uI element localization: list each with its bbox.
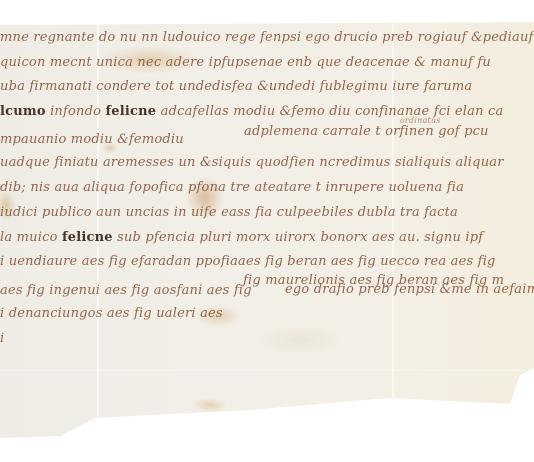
text-segment: i uendiaure aes fig efaradan ppofiaaes f… — [0, 254, 496, 269]
text-segment: sub pfencia pluri morx uirorx bonorx aes… — [113, 230, 484, 245]
text-segment: iudici publico aun uncias in uife eass f… — [0, 205, 458, 220]
text-line-7: uadque finiatu aremesses un &siquis quod… — [0, 155, 504, 170]
text-segment: mpauanio modiu &femodiu — [0, 132, 184, 147]
text-line-8: dib; nis aua aliqua fopofica pfona tre a… — [0, 180, 464, 195]
fold-crease-bottom — [0, 370, 534, 371]
text-segment: i — [0, 331, 4, 346]
text-segment: infondo — [46, 104, 106, 119]
text-segment-bold: felicne — [62, 230, 113, 245]
text-line-10: la muico felicne sub pfencia pluri morx … — [0, 230, 483, 245]
text-line-5: adplemena carrale t orfinen gof pcu — [244, 124, 489, 139]
text-line-11: i uendiaure aes fig efaradan ppofiaaes f… — [0, 254, 496, 269]
text-segment: aes fig ingenui aes fig aosfani aes fig — [0, 283, 252, 298]
text-segment: adplemena carrale t orfinen gof pcu — [244, 124, 489, 139]
text-segment-bold: felicne — [106, 104, 157, 119]
text-line-9: iudici publico aun uncias in uife eass f… — [0, 205, 458, 220]
text-segment: quicon mecnt unica nec adere ipfupsenae … — [0, 55, 491, 70]
text-segment: dib; nis aua aliqua fopofica pfona tre a… — [0, 180, 464, 195]
text-line-15: i denanciungos aes fig ualeri aes — [0, 306, 223, 321]
text-segment: ego drafio preb fenpsi &me in aefaimo mu — [285, 282, 534, 297]
text-segment-bold: lcumo — [0, 104, 46, 119]
text-segment: mne regnante do nu nn ludouico rege — [0, 30, 260, 45]
text-segment: adcafellas modiu &femo diu confinanae fc… — [156, 104, 503, 119]
text-segment: uba firmanati condere tot undedisfea &un… — [0, 79, 472, 94]
text-line-16: i — [0, 331, 4, 346]
text-segment: la muico — [0, 230, 62, 245]
text-line-2: quicon mecnt unica nec adere ipfupsenae … — [0, 55, 491, 70]
text-line-6: mpauanio modiu &femodiu — [0, 132, 184, 147]
text-line-14: ego drafio preb fenpsi &me in aefaimo mu — [285, 282, 534, 297]
text-line-3: uba firmanati condere tot undedisfea &un… — [0, 79, 472, 94]
manuscript-parchment: mne regnante do nu nn ludouico rege fenp… — [0, 0, 534, 462]
text-segment: i denanciungos aes fig ualeri aes — [0, 306, 223, 321]
text-segment: fenpsi ego drucio preb rogiauf &pediauf … — [260, 30, 534, 45]
text-line-13: aes fig ingenui aes fig aosfani aes fig — [0, 283, 252, 298]
text-segment: uadque finiatu aremesses un &siquis quod… — [0, 155, 504, 170]
text-line-1: mne regnante do nu nn ludouico rege fenp… — [0, 30, 534, 45]
